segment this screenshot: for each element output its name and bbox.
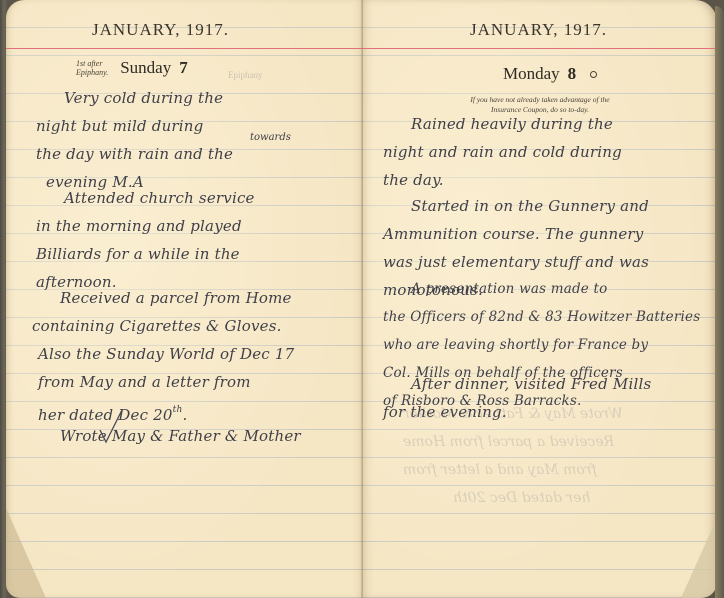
feast-line-2: Epiphany. (76, 68, 108, 77)
entry-line: containing Cigarettes & Gloves. (32, 312, 294, 340)
entry-line: Very cold during the (36, 84, 233, 112)
right-entry-weather: Rained heavily during the night and rain… (383, 110, 622, 194)
entry-line: the day with rain and the (36, 140, 233, 168)
right-day-heading: Monday 8 (503, 64, 597, 84)
diary-spread: JANUARY, 1917. 1st after Epiphany. Sunda… (0, 0, 724, 598)
left-red-rule (6, 48, 363, 49)
entry-line: for the evening. (383, 398, 651, 426)
left-corner-fold (6, 508, 46, 598)
left-entry-weather: Very cold during the night but mild duri… (36, 84, 233, 196)
entry-line: Started in on the Gunnery and (383, 192, 649, 220)
ghost-print-text: Epiphany (228, 70, 263, 80)
left-entry-parcel: Received a parcel from Home containing C… (32, 284, 294, 429)
entry-line: the day. (383, 166, 622, 194)
entry-line: Also the Sunday World of Dec 17 (32, 340, 294, 368)
entry-line: was just elementary stuff and was (383, 248, 649, 276)
entry-line: the Officers of 82nd & 83 Howitzer Batte… (383, 303, 700, 331)
right-page: JANUARY, 1917. Monday 8 If you have not … (363, 0, 717, 598)
entry-line: Attended church service (36, 184, 255, 212)
entry-line: A presentation was made to (383, 275, 700, 303)
moon-phase-icon (590, 71, 597, 78)
entry-line: night but mild during (36, 112, 233, 140)
right-day-number: 8 (568, 64, 577, 83)
bleed-through-text: from May and a letter from (403, 462, 597, 478)
left-day-name: Sunday (120, 58, 171, 77)
entry-line: Rained heavily during the (383, 110, 622, 138)
entry-line: Ammunition course. The gunnery (383, 220, 649, 248)
bleed-through-text: her dated Dec 20th (453, 490, 590, 506)
left-entry-wrote: Wrote May & Father & Mother (60, 422, 301, 450)
bleed-through-text: Received a parcel from Home (403, 434, 614, 450)
entry-line: from May and a letter from (32, 368, 294, 396)
checkmark-icon (98, 408, 124, 448)
left-day-heading: 1st after Epiphany. Sunday 7 (76, 58, 188, 78)
right-month-header: JANUARY, 1917. (470, 20, 607, 40)
entry-line: Received a parcel from Home (32, 284, 294, 312)
entry-line: Billiards for a while in the (36, 240, 255, 268)
notice-line-1: If you have not already taken advantage … (470, 95, 609, 104)
feast-label: 1st after Epiphany. (76, 59, 108, 77)
left-month-header: JANUARY, 1917. (92, 20, 229, 40)
entry-line: night and rain and cold during (383, 138, 622, 166)
right-entry-dinner: After dinner, visited Fred Mills for the… (383, 370, 651, 426)
book-cover-edge (715, 6, 724, 598)
insertion-above: towards (250, 132, 291, 143)
superscript-th: th (173, 405, 183, 415)
entry-line: who are leaving shortly for France by (383, 331, 700, 359)
left-page: JANUARY, 1917. 1st after Epiphany. Sunda… (6, 0, 363, 598)
entry-line: After dinner, visited Fred Mills (383, 370, 651, 398)
right-red-rule (363, 48, 717, 49)
right-corner-fold (681, 518, 717, 598)
entry-line: in the morning and played (36, 212, 255, 240)
left-entry-church: Attended church service in the morning a… (36, 184, 255, 296)
right-day-name: Monday (503, 64, 560, 83)
entry-line: Wrote May & Father & Mother (60, 422, 301, 450)
feast-line-1: 1st after (76, 59, 102, 68)
left-day-number: 7 (179, 58, 188, 77)
